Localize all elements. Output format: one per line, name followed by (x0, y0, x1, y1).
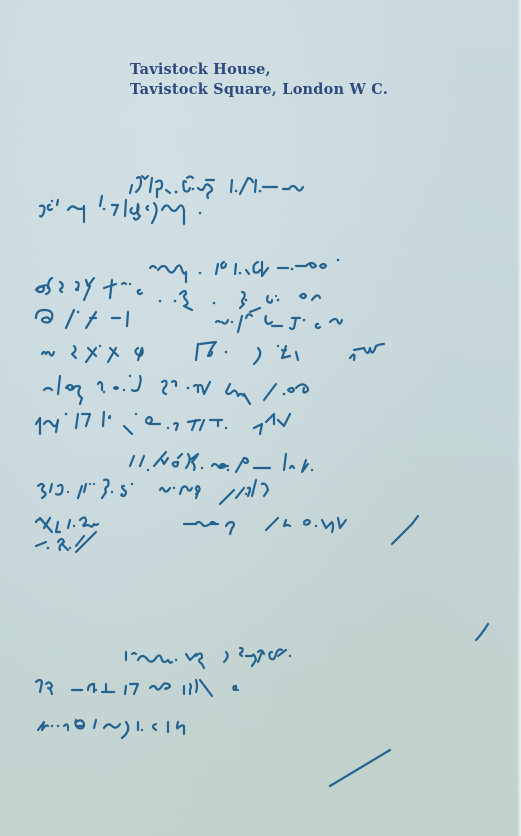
closing-flourish (330, 750, 390, 786)
shorthand-line-3 (150, 259, 339, 282)
shorthand-line-6 (42, 342, 384, 364)
shorthand-line-15 (38, 720, 184, 738)
shorthand-line-11 (36, 517, 346, 534)
shorthand-line-4 (36, 278, 320, 310)
shorthand-line-1 (130, 176, 303, 198)
shorthand-line-14 (36, 680, 239, 696)
shorthand-line-10 (38, 480, 268, 504)
shorthand-line-8 (36, 412, 290, 434)
shorthand-line-5 (36, 308, 342, 332)
shorthand-line-9 (130, 452, 313, 472)
shorthand-body (0, 0, 521, 836)
shorthand-line-12 (36, 516, 418, 552)
shorthand-line-13 (126, 648, 291, 668)
shorthand-line-7 (44, 375, 308, 404)
shorthand-line-2 (40, 196, 201, 224)
side-flourish (476, 624, 488, 640)
